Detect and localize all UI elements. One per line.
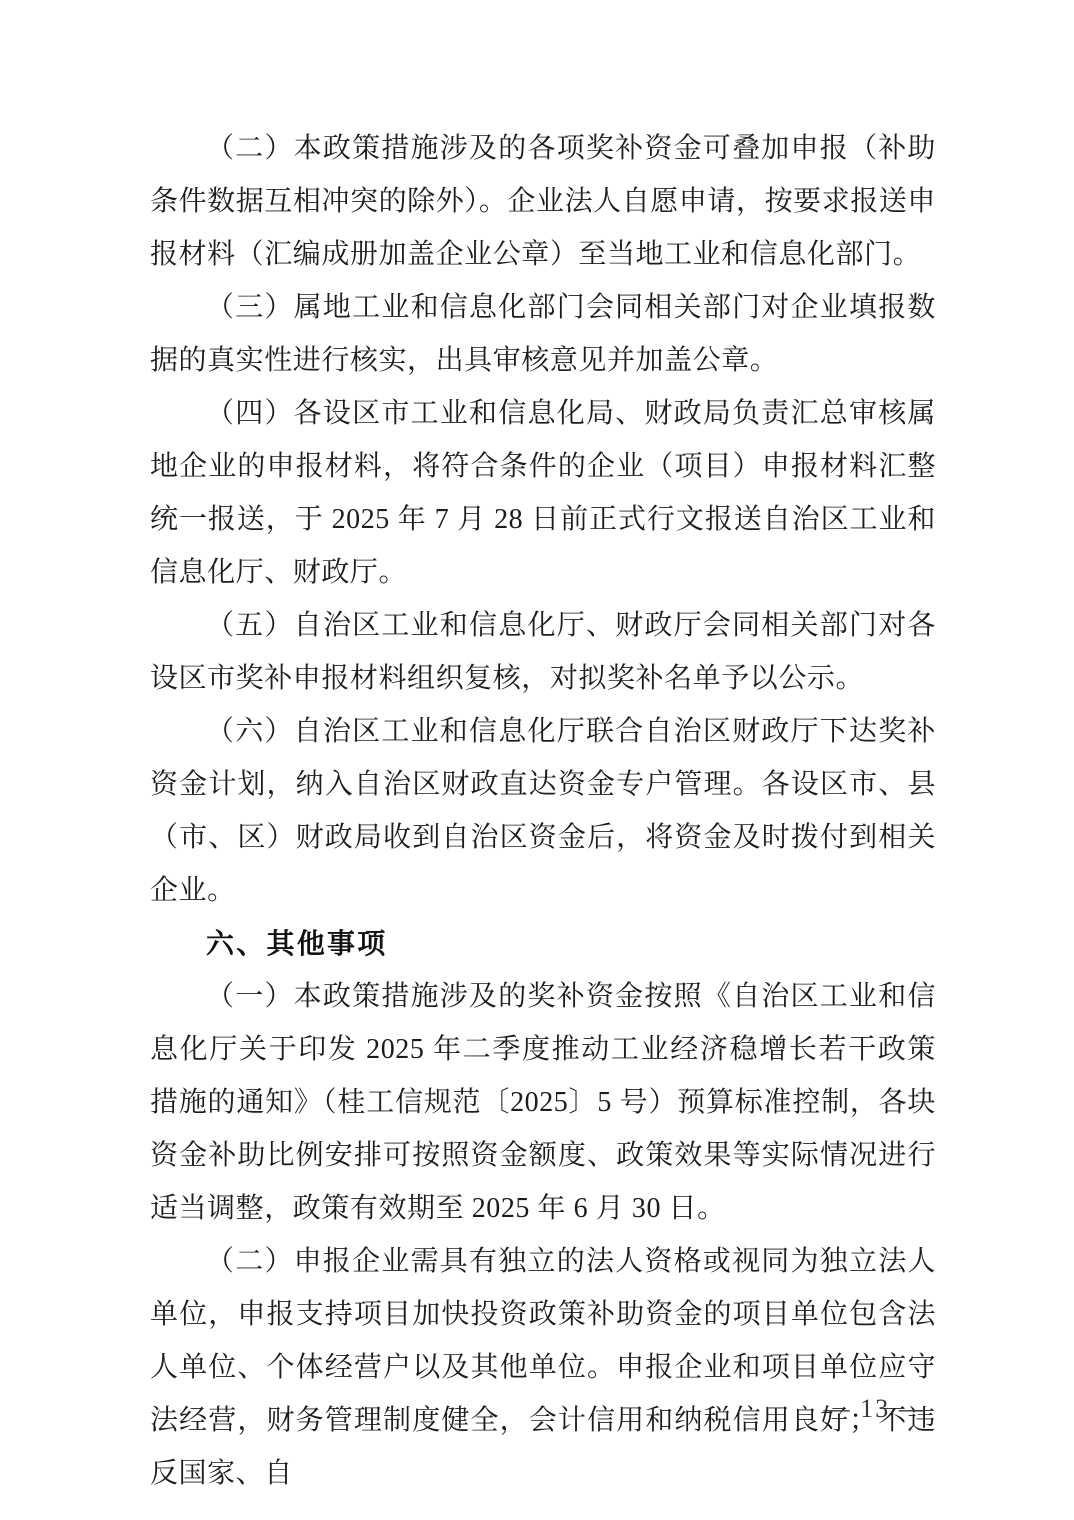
- body-paragraph: （二）申报企业需具有独立的法人资格或视同为独立法人单位，申报支持项目加快投资政策…: [150, 1235, 936, 1500]
- body-paragraph: （三）属地工业和信息化部门会同相关部门对企业填报数据的真实性进行核实，出具审核意…: [150, 281, 936, 387]
- section-heading: 六、其他事项: [150, 917, 936, 970]
- page-number: — 13 —: [824, 1394, 927, 1424]
- body-paragraph: （二）本政策措施涉及的各项奖补资金可叠加申报（补助条件数据互相冲突的除外）。企业…: [150, 122, 936, 281]
- body-paragraph: （一）本政策措施涉及的奖补资金按照《自治区工业和信息化厅关于印发 2025 年二…: [150, 970, 936, 1235]
- body-paragraph: （五）自治区工业和信息化厅、财政厅会同相关部门对各设区市奖补申报材料组织复核，对…: [150, 599, 936, 705]
- document-body: （二）本政策措施涉及的各项奖补资金可叠加申报（补助条件数据互相冲突的除外）。企业…: [150, 122, 936, 1500]
- document-page: （二）本政策措施涉及的各项奖补资金可叠加申报（补助条件数据互相冲突的除外）。企业…: [0, 0, 1074, 1520]
- body-paragraph: （四）各设区市工业和信息化局、财政局负责汇总审核属地企业的申报材料，将符合条件的…: [150, 387, 936, 599]
- body-paragraph: （六）自治区工业和信息化厅联合自治区财政厅下达奖补资金计划，纳入自治区财政直达资…: [150, 705, 936, 917]
